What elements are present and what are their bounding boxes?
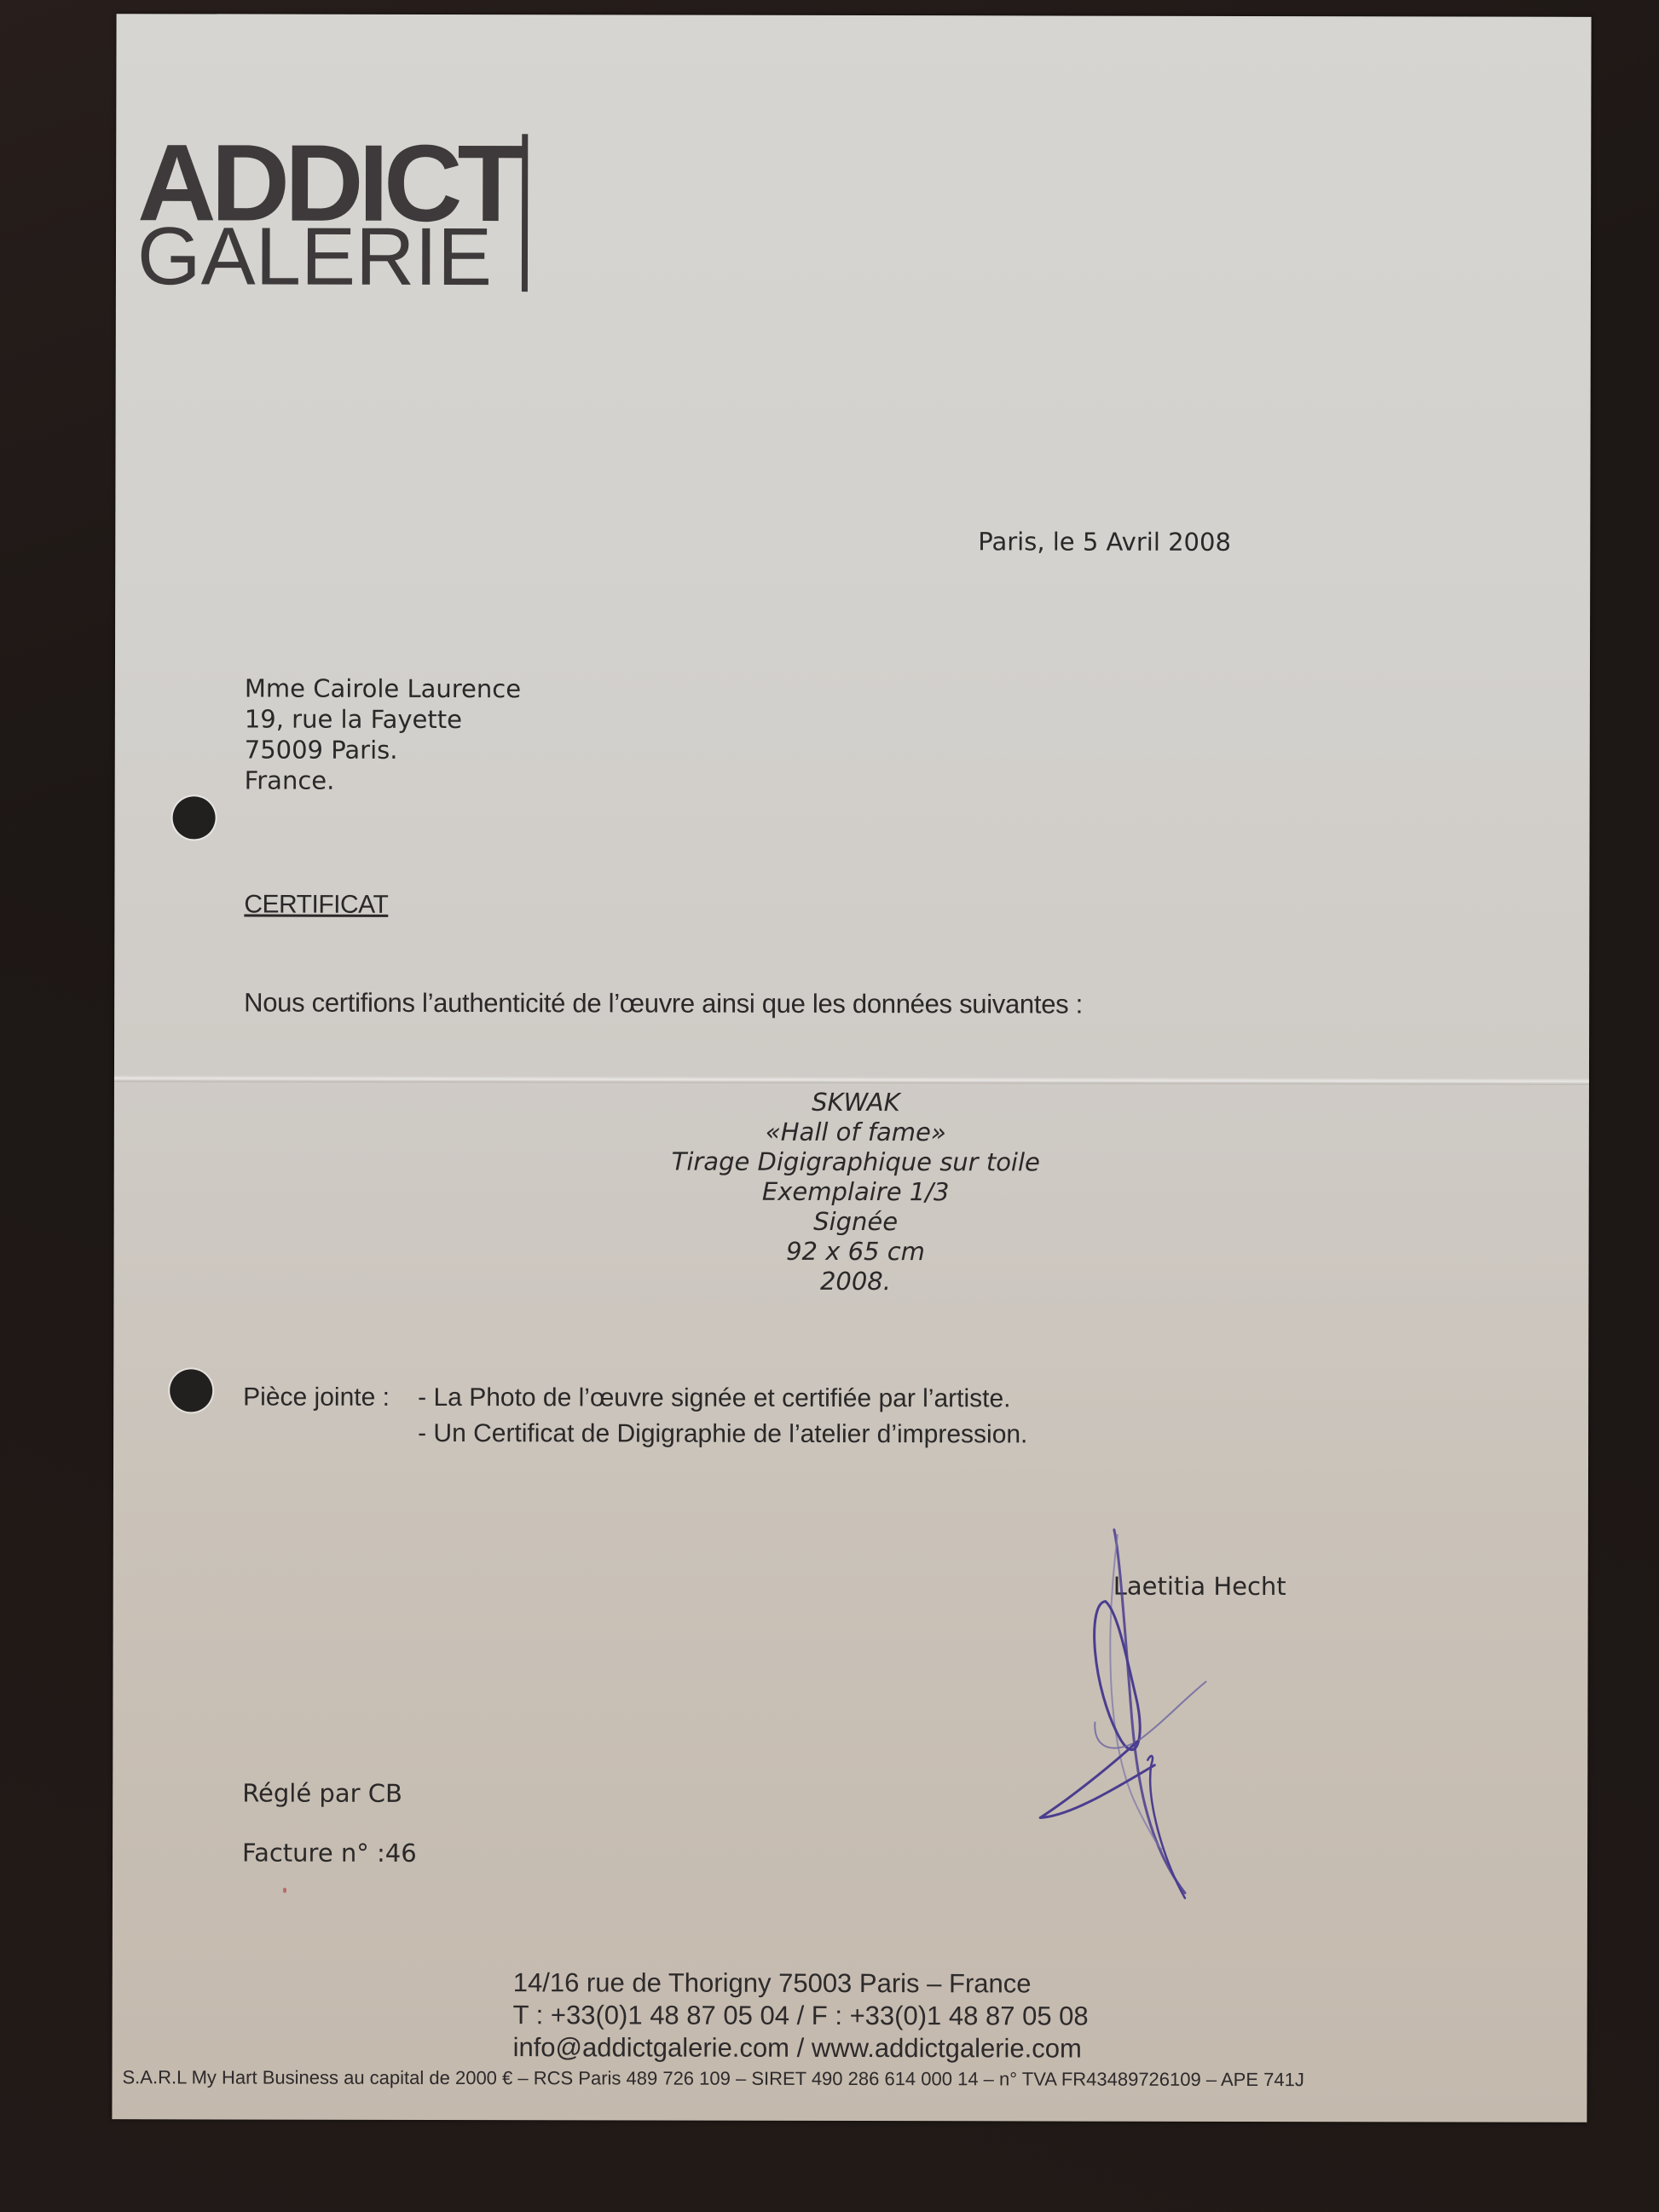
gallery-logo: ADDICT GALERIE: [137, 129, 519, 298]
artwork-details: SKWAK «Hall of fame» Tirage Digigraphiqu…: [608, 1087, 1103, 1297]
payment-method: Réglé par CB: [242, 1779, 402, 1808]
footer-phone-fax: T : +33(0)1 48 87 05 04 / F : +33(0)1 48…: [513, 1999, 1212, 2033]
letterhead-footer: 14/16 rue de Thorigny 75003 Paris – Fran…: [513, 1967, 1212, 2065]
recipient-address: Mme Cairole Laurence 19, rue la Fayette …: [245, 673, 521, 797]
attachment-item: - La Photo de l’œuvre signée et certifié…: [418, 1383, 1010, 1412]
document-heading: CERTIFICAT: [244, 891, 388, 920]
recipient-street: 19, rue la Fayette: [245, 704, 521, 736]
attachments-label: Pièce jointe :: [243, 1380, 418, 1416]
footer-address: 14/16 rue de Thorigny 75003 Paris – Fran…: [513, 1967, 1212, 2001]
artwork-title: «Hall of fame»: [609, 1117, 1103, 1147]
paper-fold-crease: [114, 1075, 1589, 1085]
logo-line-addict: ADDICT: [137, 129, 519, 213]
artwork-dimensions: 92 x 65 cm: [609, 1236, 1103, 1267]
certification-statement: Nous certifions l’authenticité de l’œuvr…: [244, 988, 1083, 1020]
handwritten-signature: [1035, 1517, 1377, 1910]
signature-stroke: [1147, 1756, 1185, 1898]
legal-notice: S.A.R.L My Hart Business au capital de 2…: [122, 2066, 1580, 2092]
footer-email-web: info@addictgalerie.com / www.addictgaler…: [513, 2031, 1212, 2065]
artwork-year: 2008.: [608, 1266, 1102, 1297]
signature-stroke: [1113, 1530, 1186, 1893]
date-line: Paris, le 5 Avril 2008: [978, 527, 1231, 557]
logo-vertical-bar: [522, 134, 528, 292]
recipient-country: France.: [245, 765, 521, 797]
artwork-technique: Tirage Digigraphique sur toile: [609, 1146, 1103, 1177]
artwork-signed: Signée: [609, 1206, 1103, 1237]
artwork-edition: Exemplaire 1/3: [609, 1176, 1103, 1207]
punch-hole: [173, 796, 216, 839]
certificate-document: ADDICT GALERIE Paris, le 5 Avril 2008 Mm…: [112, 14, 1591, 2122]
punch-hole: [170, 1369, 212, 1412]
recipient-name: Mme Cairole Laurence: [245, 673, 521, 705]
artwork-artist: SKWAK: [609, 1087, 1103, 1118]
attachments: Pièce jointe :- La Photo de l’œuvre sign…: [243, 1380, 1027, 1453]
ink-smudge: [283, 1888, 286, 1893]
logo-line-galerie: GALERIE: [137, 216, 519, 298]
attachment-item: - Un Certificat de Digigraphie de l’atel…: [418, 1419, 1027, 1448]
recipient-city: 75009 Paris.: [245, 735, 521, 766]
invoice-number: Facture n° :46: [242, 1839, 417, 1868]
